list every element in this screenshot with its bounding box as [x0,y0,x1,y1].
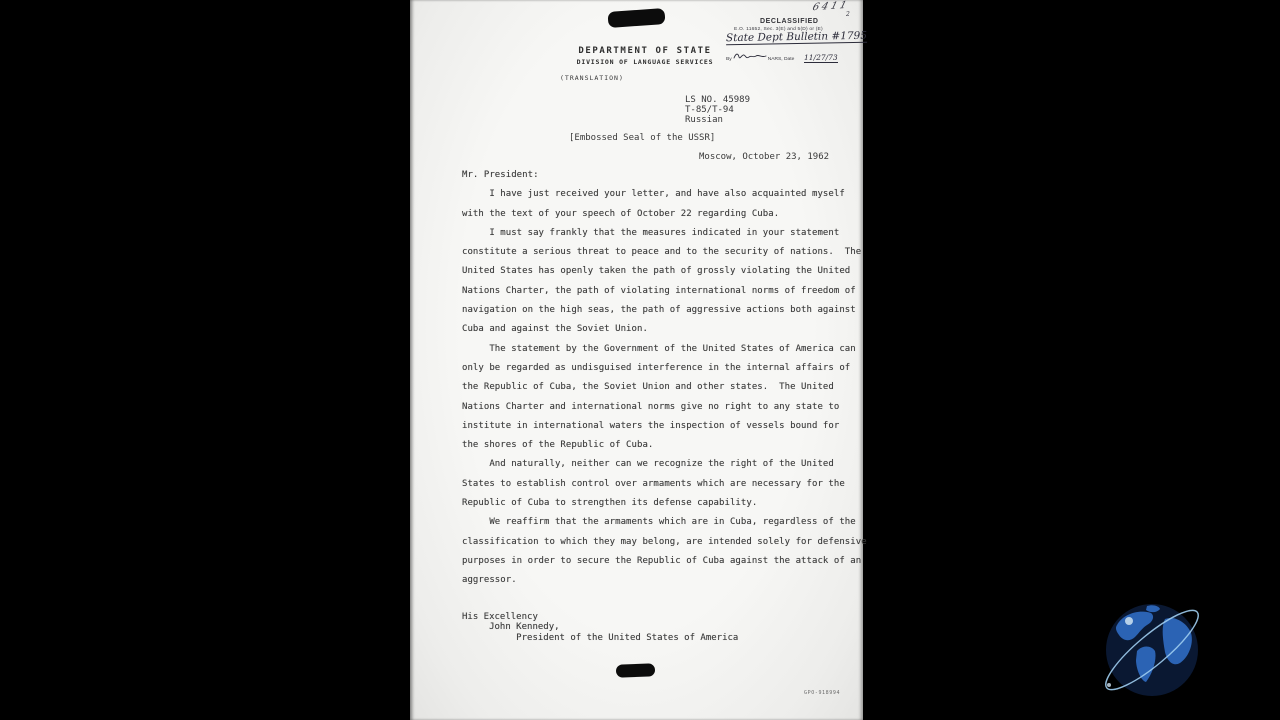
video-frame: 6411 2 DECLASSIFIED E.O. 11652, Sec. 3(E… [0,0,1280,720]
globe-icon [1095,597,1211,707]
letter-closing: His Excellency John Kennedy, President o… [462,612,738,643]
division-title: DIVISION OF LANGUAGE SERVICES [525,58,765,66]
date-handwritten: 11/27/73 [804,53,838,63]
letter-body: Mr. President: I have just received your… [462,166,867,591]
handwritten-number: 6411 [811,0,850,13]
letterhead: DEPARTMENT OF STATE DIVISION OF LANGUAGE… [525,46,765,66]
redaction-mark-bottom [616,663,655,677]
ls-reference-block: LS NO. 45989 T-85/T-94 Russian [685,95,750,125]
declassified-label: DECLASSIFIED [760,18,819,25]
gpo-number: GPO-918994 [804,690,840,696]
handwritten-number-sub: 2 [846,11,850,18]
dateline: Moscow, October 23, 1962 [699,152,829,162]
redaction-mark-top [608,8,666,28]
nars-date-label: NARS, Date [768,57,795,62]
translation-label: (TRANSLATION) [560,74,624,82]
document-page: 6411 2 DECLASSIFIED E.O. 11652, Sec. 3(E… [410,0,863,720]
embossed-seal-note: [Embossed Seal of the USSR] [569,133,715,143]
department-title: DEPARTMENT OF STATE [525,46,765,56]
bulletin-handwritten: State Dept Bulletin #1795 [726,30,867,45]
